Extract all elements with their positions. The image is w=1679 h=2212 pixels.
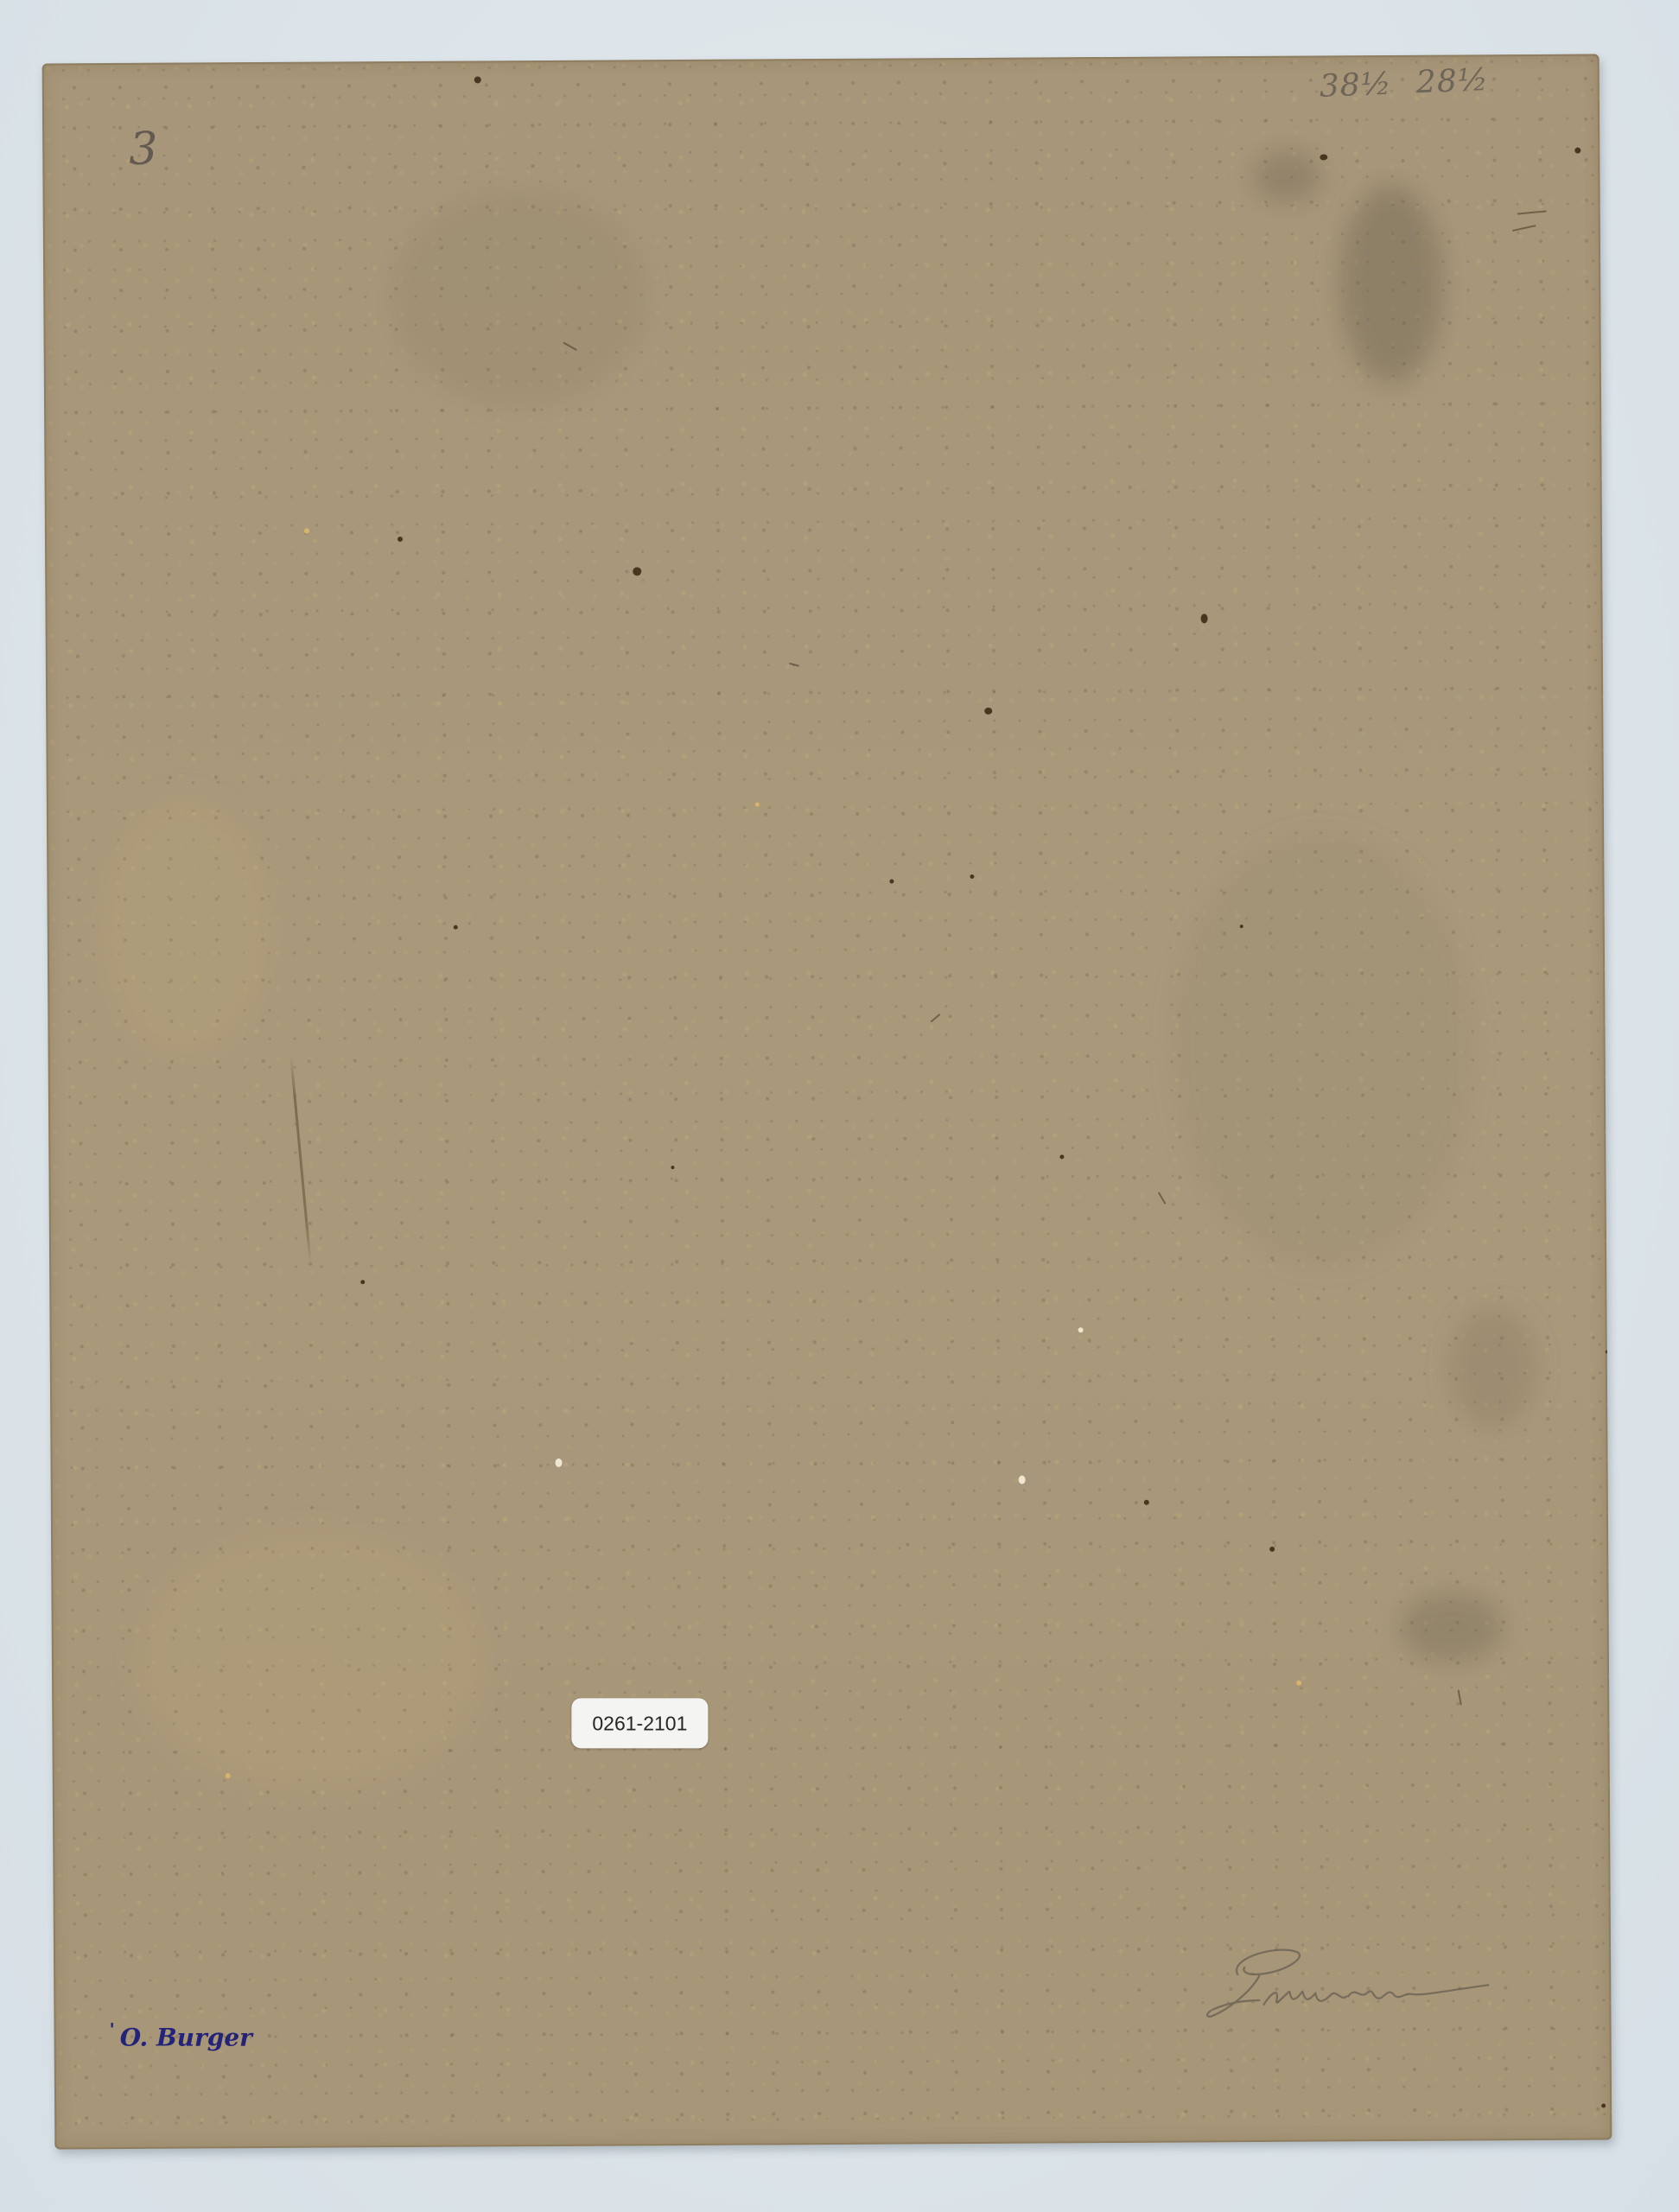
speck	[1201, 613, 1208, 623]
speck	[984, 708, 992, 715]
dimension-width: 28½	[1415, 62, 1489, 100]
stain	[99, 797, 273, 1057]
speck	[1574, 148, 1580, 154]
speck	[633, 567, 641, 575]
pencil-signature: Baumsaar	[1177, 1938, 1523, 2026]
stain	[1449, 1307, 1536, 1429]
speck	[360, 1280, 365, 1284]
speck	[1144, 1500, 1149, 1505]
inventory-label: 0261-2101	[571, 1698, 708, 1748]
stamp-tick: '	[110, 2019, 115, 2040]
speck	[671, 1166, 674, 1169]
speck-light	[1078, 1327, 1084, 1332]
dimension-height: 38½	[1319, 66, 1392, 104]
corner-number: 3	[129, 124, 157, 175]
speck	[397, 537, 403, 542]
stain	[1252, 150, 1321, 202]
stamp-text: O. Burger	[120, 2024, 252, 2052]
mounting-board: 3 38½ 28½ 0261-2101 'O. Burger Baumsaar	[42, 54, 1612, 2150]
speck-yellow	[1296, 1681, 1301, 1686]
stain	[1339, 185, 1444, 385]
speck	[1269, 1547, 1275, 1552]
inventory-number: 0261-2101	[592, 1712, 687, 1735]
speck	[1059, 1154, 1064, 1159]
speck-light	[1019, 1476, 1026, 1484]
speck	[1320, 154, 1327, 160]
speck	[889, 880, 894, 884]
speck-yellow	[755, 802, 760, 806]
dimensions-note: 38½ 28½	[1319, 62, 1489, 105]
speck-yellow	[226, 1773, 231, 1778]
speck-light	[556, 1459, 563, 1467]
stain	[1170, 832, 1475, 1266]
speck	[454, 925, 458, 930]
signature-icon	[1177, 1938, 1523, 2026]
speck	[1240, 925, 1243, 928]
speck	[970, 874, 974, 879]
speck	[1601, 2104, 1606, 2108]
stain	[389, 189, 650, 407]
stain	[1399, 1592, 1503, 1662]
speck	[474, 76, 481, 83]
framer-stamp: 'O. Burger	[110, 2024, 252, 2052]
stain	[137, 1529, 485, 1790]
speck-yellow	[304, 529, 309, 534]
